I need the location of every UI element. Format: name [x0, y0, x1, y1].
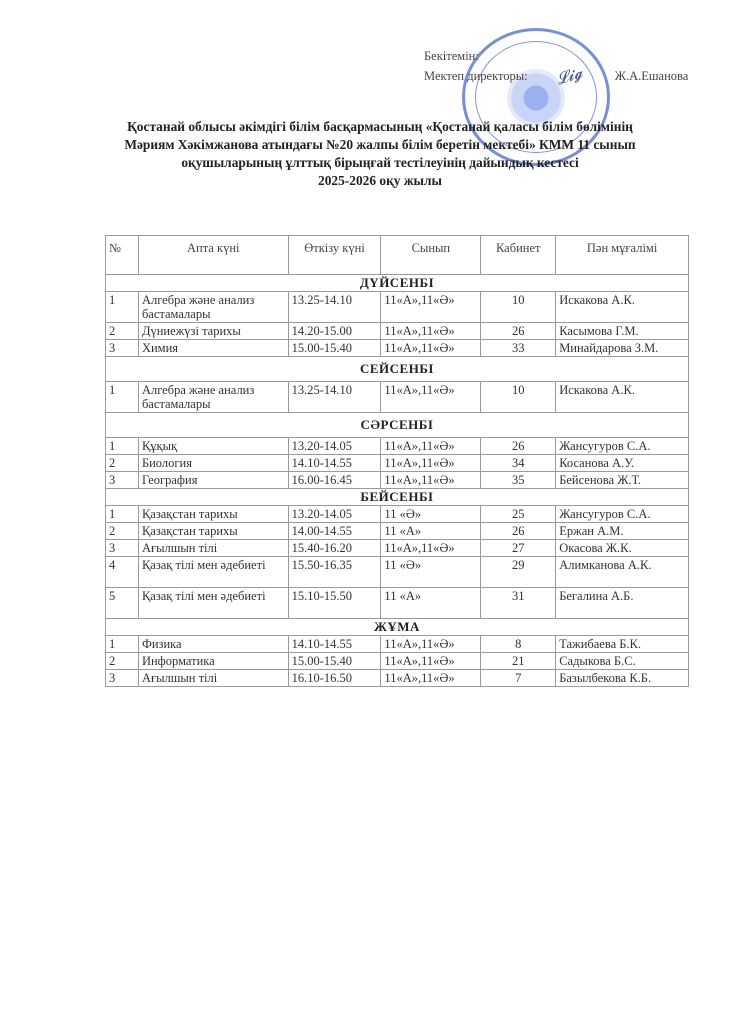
cell-subject: Қазақстан тарихы — [138, 506, 288, 523]
cell-class: 11«А»,11«Ә» — [381, 653, 481, 670]
cell-room: 34 — [481, 455, 556, 472]
cell-teacher: Косанова А.У. — [556, 455, 689, 472]
title-line-1: Қостанай облысы әкімдігі білім басқармас… — [100, 118, 660, 136]
cell-time: 15.00-15.40 — [288, 340, 381, 357]
title-line-3: оқушыларының ұлттық бірыңғай тестілеуіні… — [100, 154, 660, 172]
day-name: ДҮЙСЕНБІ — [106, 275, 689, 292]
day-header-row: ЖҰМА — [106, 619, 689, 636]
cell-subject: Алгебра және анализ бастамалары — [138, 382, 288, 413]
cell-num: 5 — [106, 588, 139, 619]
cell-class: 11«А»,11«Ә» — [381, 382, 481, 413]
cell-class: 11«А»,11«Ә» — [381, 438, 481, 455]
table-row: 1Физика14.10-14.5511«А»,11«Ә»8Тажибаева … — [106, 636, 689, 653]
cell-teacher: Жансугуров С.А. — [556, 506, 689, 523]
document-title: Қостанай облысы әкімдігі білім басқармас… — [100, 118, 660, 190]
approval-position: Мектеп директоры: — [424, 69, 528, 83]
title-line-2: Мәриям Хәкімжанова атындағы №20 жалпы бі… — [100, 136, 660, 154]
cell-subject: Алгебра және анализ бастамалары — [138, 292, 288, 323]
cell-num: 1 — [106, 382, 139, 413]
cell-num: 3 — [106, 670, 139, 687]
cell-teacher: Бейсенова Ж.Т. — [556, 472, 689, 489]
table-row: 1Құқық13.20-14.0511«А»,11«Ә»26Жансугуров… — [106, 438, 689, 455]
table-row: 1Қазақстан тарихы13.20-14.0511 «Ә»25Жанс… — [106, 506, 689, 523]
cell-num: 1 — [106, 292, 139, 323]
schedule-table: № Апта күні Өткізу күні Сынып Кабинет Пә… — [105, 235, 689, 687]
cell-teacher: Алимканова А.К. — [556, 557, 689, 588]
cell-time: 16.10-16.50 — [288, 670, 381, 687]
cell-subject: Ағылшын тілі — [138, 540, 288, 557]
cell-num: 1 — [106, 636, 139, 653]
cell-num: 1 — [106, 438, 139, 455]
cell-time: 14.10-14.55 — [288, 636, 381, 653]
cell-class: 11 «Ә» — [381, 557, 481, 588]
header-time: Өткізу күні — [288, 236, 381, 275]
cell-time: 15.50-16.35 — [288, 557, 381, 588]
cell-subject: Химия — [138, 340, 288, 357]
table-row: 5Қазақ тілі мен әдебиеті15.10-15.5011 «А… — [106, 588, 689, 619]
cell-num: 4 — [106, 557, 139, 588]
cell-room: 10 — [481, 382, 556, 413]
table-row: 1Алгебра және анализ бастамалары13.25-14… — [106, 292, 689, 323]
day-header-row: СӘРСЕНБІ — [106, 413, 689, 438]
cell-room: 26 — [481, 523, 556, 540]
cell-num: 2 — [106, 323, 139, 340]
title-line-4: 2025-2026 оқу жылы — [100, 172, 660, 190]
cell-room: 33 — [481, 340, 556, 357]
approval-label: Бекітемін: — [424, 46, 688, 66]
header-num: № — [106, 236, 139, 275]
cell-class: 11«А»,11«Ә» — [381, 323, 481, 340]
cell-class: 11 «Ә» — [381, 506, 481, 523]
table-row: 2Биология14.10-14.5511«А»,11«Ә»34Косанов… — [106, 455, 689, 472]
cell-subject: Дүниежүзі тарихы — [138, 323, 288, 340]
table-row: 3Химия15.00-15.4011«А»,11«Ә»33Минайдаров… — [106, 340, 689, 357]
cell-time: 13.20-14.05 — [288, 438, 381, 455]
table-row: 2Қазақстан тарихы14.00-14.5511 «А»26Ержа… — [106, 523, 689, 540]
cell-room: 29 — [481, 557, 556, 588]
header-room: Кабинет — [481, 236, 556, 275]
cell-subject: Физика — [138, 636, 288, 653]
cell-num: 2 — [106, 523, 139, 540]
cell-room: 21 — [481, 653, 556, 670]
day-header-row: СЕЙСЕНБІ — [106, 357, 689, 382]
cell-class: 11«А»,11«Ә» — [381, 292, 481, 323]
cell-subject: География — [138, 472, 288, 489]
day-name: БЕЙСЕНБІ — [106, 489, 689, 506]
cell-subject: Қазақ тілі мен әдебиеті — [138, 588, 288, 619]
cell-teacher: Жансугуров С.А. — [556, 438, 689, 455]
cell-room: 25 — [481, 506, 556, 523]
table-row: 4Қазақ тілі мен әдебиеті15.50-16.3511 «Ә… — [106, 557, 689, 588]
cell-time: 15.00-15.40 — [288, 653, 381, 670]
cell-subject: Қазақ тілі мен әдебиеті — [138, 557, 288, 588]
cell-subject: Ағылшын тілі — [138, 670, 288, 687]
day-name: СӘРСЕНБІ — [106, 413, 689, 438]
table-row: 3Ағылшын тілі15.40-16.2011«А»,11«Ә»27Ока… — [106, 540, 689, 557]
cell-num: 2 — [106, 455, 139, 472]
cell-room: 8 — [481, 636, 556, 653]
day-name: СЕЙСЕНБІ — [106, 357, 689, 382]
header-class: Сынып — [381, 236, 481, 275]
cell-class: 11«А»,11«Ә» — [381, 540, 481, 557]
cell-num: 3 — [106, 540, 139, 557]
cell-class: 11«А»,11«Ә» — [381, 340, 481, 357]
table-row: 3География16.00-16.4511«А»,11«Ә»35Бейсен… — [106, 472, 689, 489]
cell-class: 11 «А» — [381, 523, 481, 540]
cell-subject: Қазақстан тарихы — [138, 523, 288, 540]
cell-num: 1 — [106, 506, 139, 523]
director-name: Ж.А.Ешанова — [615, 69, 689, 83]
header-subject: Апта күні — [138, 236, 288, 275]
cell-room: 10 — [481, 292, 556, 323]
header-teacher: Пән мұғалімі — [556, 236, 689, 275]
cell-teacher: Тажибаева Б.К. — [556, 636, 689, 653]
cell-teacher: Окасова Ж.К. — [556, 540, 689, 557]
cell-teacher: Бегалина А.Б. — [556, 588, 689, 619]
cell-time: 13.25-14.10 — [288, 382, 381, 413]
cell-num: 3 — [106, 340, 139, 357]
cell-class: 11 «А» — [381, 588, 481, 619]
table-row: 1Алгебра және анализ бастамалары13.25-14… — [106, 382, 689, 413]
cell-room: 27 — [481, 540, 556, 557]
cell-subject: Биология — [138, 455, 288, 472]
cell-class: 11«А»,11«Ә» — [381, 455, 481, 472]
cell-time: 13.25-14.10 — [288, 292, 381, 323]
cell-time: 15.10-15.50 — [288, 588, 381, 619]
cell-room: 26 — [481, 323, 556, 340]
cell-num: 2 — [106, 653, 139, 670]
schedule-body: ДҮЙСЕНБІ1Алгебра және анализ бастамалары… — [106, 275, 689, 687]
day-header-row: ДҮЙСЕНБІ — [106, 275, 689, 292]
cell-room: 35 — [481, 472, 556, 489]
cell-room: 26 — [481, 438, 556, 455]
cell-teacher: Базылбекова К.Б. — [556, 670, 689, 687]
cell-teacher: Искакова А.К. — [556, 292, 689, 323]
cell-class: 11«А»,11«Ә» — [381, 670, 481, 687]
cell-room: 31 — [481, 588, 556, 619]
cell-teacher: Искакова А.К. — [556, 382, 689, 413]
day-header-row: БЕЙСЕНБІ — [106, 489, 689, 506]
cell-class: 11«А»,11«Ә» — [381, 636, 481, 653]
table-row: 2Дүниежүзі тарихы14.20-15.0011«А»,11«Ә»2… — [106, 323, 689, 340]
cell-num: 3 — [106, 472, 139, 489]
cell-time: 14.10-14.55 — [288, 455, 381, 472]
table-header-row: № Апта күні Өткізу күні Сынып Кабинет Пә… — [106, 236, 689, 275]
cell-teacher: Ержан А.М. — [556, 523, 689, 540]
cell-subject: Құқық — [138, 438, 288, 455]
cell-time: 15.40-16.20 — [288, 540, 381, 557]
cell-room: 7 — [481, 670, 556, 687]
cell-class: 11«А»,11«Ә» — [381, 472, 481, 489]
cell-teacher: Минайдарова З.М. — [556, 340, 689, 357]
cell-subject: Информатика — [138, 653, 288, 670]
cell-time: 16.00-16.45 — [288, 472, 381, 489]
cell-teacher: Садыкова Б.С. — [556, 653, 689, 670]
table-row: 2Информатика15.00-15.4011«А»,11«Ә»21Сады… — [106, 653, 689, 670]
cell-teacher: Касымова Г.М. — [556, 323, 689, 340]
cell-time: 14.20-15.00 — [288, 323, 381, 340]
cell-time: 14.00-14.55 — [288, 523, 381, 540]
table-row: 3Ағылшын тілі16.10-16.5011«А»,11«Ә»7Базы… — [106, 670, 689, 687]
day-name: ЖҰМА — [106, 619, 689, 636]
cell-time: 13.20-14.05 — [288, 506, 381, 523]
